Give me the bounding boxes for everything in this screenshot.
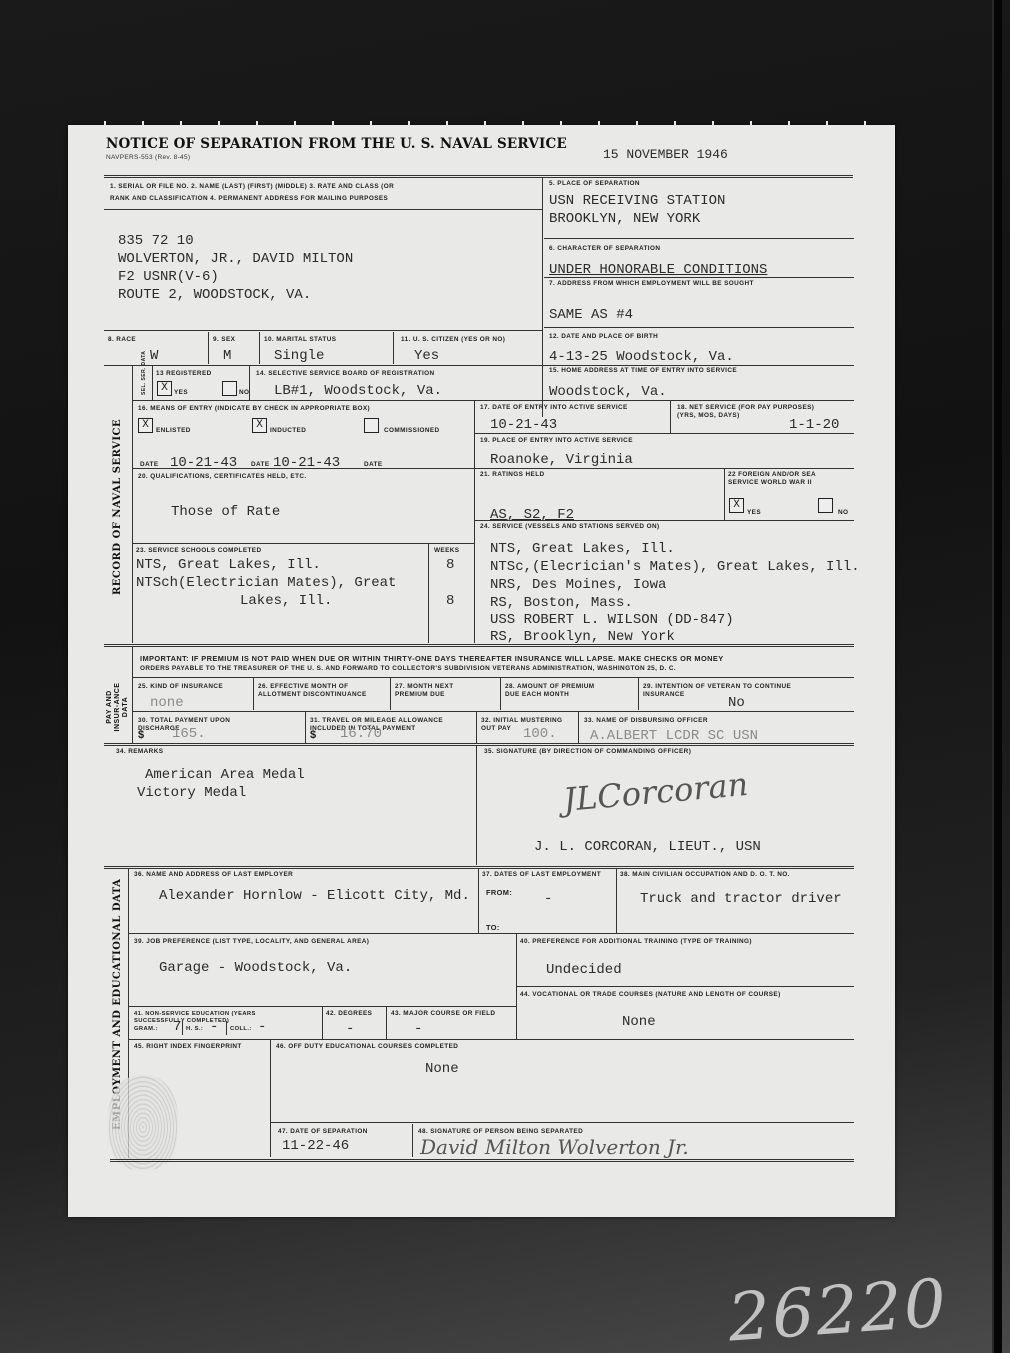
service-station-5: USS ROBERT L. WILSON (DD-847) (490, 611, 734, 629)
place-of-separation-line2: BROOKLYN, NEW YORK (549, 210, 700, 228)
divider (476, 711, 477, 743)
marital-status-value: Single (274, 347, 324, 365)
selective-data-label: SEL. SER. DATA (140, 351, 148, 395)
ratings-held: AS, S2, F2 (490, 506, 574, 524)
divider (226, 1021, 227, 1035)
field-19-label: 19. PLACE OF ENTRY INTO ACTIVE SERVICE (480, 437, 633, 445)
fields-1-4-label-b: RANK AND CLASSIFICATION 4. PERMANENT ADD… (110, 195, 388, 203)
home-address-at-entry: Woodstock, Va. (549, 383, 667, 401)
divider (724, 468, 725, 520)
service-school-2: NTSch(Electrician Mates), Great (136, 574, 396, 592)
kind-of-insurance: none (150, 694, 184, 712)
race-value: W (150, 347, 158, 365)
last-employer: Alexander Hornlow - Elicott City, Md. (159, 887, 470, 905)
divider (578, 711, 579, 743)
field-18-label-a: 18. NET SERVICE (FOR PAY PURPOSES) (677, 404, 814, 412)
place-of-separation-line1: USN RECEIVING STATION (549, 192, 725, 210)
remark-1: American Area Medal (145, 766, 305, 784)
field-27-label-a: 27. MONTH NEXT (395, 683, 454, 691)
inducted-label: INDUCTED (270, 427, 306, 435)
inducted-date: 10-21-43 (273, 454, 340, 472)
field-43-label: 43. MAJOR COURSE OR FIELD (391, 1010, 495, 1018)
important-notice-line1: IMPORTANT: IF PREMIUM IS NOT PAID WHEN D… (140, 655, 724, 663)
employment-address: SAME AS #4 (549, 306, 633, 324)
divider (500, 677, 501, 710)
field-30-label-a: 30. TOTAL PAYMENT UPON (138, 717, 230, 725)
employment-to-label: TO: (486, 924, 500, 932)
field-26-label-a: 26. EFFECTIVE MONTH OF (258, 683, 348, 691)
field-27-label-b: PREMIUM DUE (395, 691, 445, 699)
total-payment: 165. (172, 725, 206, 743)
field-33-label: 33. NAME OF DISBURSING OFFICER (584, 717, 708, 725)
film-edge-strip (992, 0, 1002, 1353)
field-18-label-b: (YRS, MOS, DAYS) (677, 412, 740, 420)
field-40-label: 40. PREFERENCE FOR ADDITIONAL TRAINING (… (520, 938, 752, 946)
travel-allowance-currency: $ (310, 729, 316, 741)
service-station-4: RS, Boston, Mass. (490, 594, 633, 612)
divider (516, 986, 854, 987)
field-32-label-b: OUT PAY (481, 725, 511, 733)
field-8-label: 8. RACE (108, 336, 136, 344)
divider (152, 366, 153, 400)
divider (544, 277, 854, 278)
registered-no-label: NO (239, 389, 249, 397)
enlisted-label: ENLISTED (156, 427, 191, 435)
field-28-label-a: 28. AMOUNT OF PREMIUM (505, 683, 594, 691)
field-38-label: 38. MAIN CIVILIAN OCCUPATION AND D. O. T… (620, 871, 790, 879)
sex-value: M (223, 347, 231, 365)
field-32-label-a: 32. INITIAL MUSTERING (481, 717, 562, 725)
degrees: - (346, 1020, 354, 1038)
education-hs: - (210, 1018, 218, 1036)
registered-no-checkbox[interactable] (222, 381, 237, 396)
job-preference: Garage - Woodstock, Va. (159, 959, 352, 977)
section-divider (104, 866, 854, 869)
divider (616, 868, 617, 933)
main-civilian-occupation: Truck and tractor driver (640, 890, 842, 908)
net-service: 1-1-20 (789, 416, 839, 434)
date-entry-active-service: 10-21-43 (490, 416, 557, 434)
section-divider (110, 1159, 854, 1162)
field-44-label: 44. VOCATIONAL OR TRADE COURSES (NATURE … (520, 991, 781, 999)
divider (132, 400, 854, 401)
divider (542, 366, 543, 400)
divider (478, 868, 479, 933)
foreign-service-yes-label: YES (747, 509, 761, 517)
field-37-label: 37. DATES OF LAST EMPLOYMENT (482, 871, 601, 879)
separated-person-signature: David Milton Wolverton Jr. (420, 1135, 689, 1159)
field-25-label: 25. KIND OF INSURANCE (138, 683, 223, 691)
field-12-label: 12. DATE AND PLACE OF BIRTH (549, 333, 658, 341)
date-of-separation: 11-22-46 (282, 1137, 349, 1155)
divider (670, 400, 671, 433)
enlisted-date: 10-21-43 (170, 454, 237, 472)
education-coll: - (258, 1018, 266, 1036)
field-5-label: 5. PLACE OF SEPARATION (549, 180, 640, 188)
date-place-of-birth: 4-13-25 Woodstock, Va. (549, 348, 734, 366)
field-26-label-b: ALLOTMENT DISCONTINUANCE (258, 691, 367, 699)
selective-service-board: LB#1, Woodstock, Va. (274, 382, 442, 400)
separation-notice-form: NOTICE OF SEPARATION FROM THE U. S. NAVA… (68, 125, 895, 1217)
field-36-label: 36. NAME AND ADDRESS OF LAST EMPLOYER (134, 871, 293, 879)
archive-number-stamp: 26220 (726, 1264, 951, 1353)
coll-label: COLL.: (230, 1025, 252, 1033)
divider (132, 677, 854, 678)
commanding-officer-signature: JLCorcoran (562, 765, 750, 819)
enlisted-checkbox[interactable]: X (138, 418, 153, 433)
intention-continue-insurance: No (728, 694, 745, 712)
foreign-service-no-label: NO (838, 509, 848, 517)
major-course: - (414, 1020, 422, 1038)
divider (128, 1039, 854, 1040)
service-member-name: WOLVERTON, JR., DAVID MILTON (118, 250, 353, 268)
permanent-address: ROUTE 2, WOODSTOCK, VA. (118, 286, 311, 304)
field-9-label: 9. SEX (213, 336, 235, 344)
form-title: NOTICE OF SEPARATION FROM THE U. S. NAVA… (106, 136, 567, 152)
field-6-label: 6. CHARACTER OF SEPARATION (549, 245, 660, 253)
important-notice-line2: ORDERS PAYABLE TO THE TREASURER OF THE U… (140, 665, 676, 673)
divider (253, 677, 254, 710)
divider (132, 468, 854, 469)
employment-from: - (544, 890, 552, 908)
registered-yes-checkbox[interactable]: X (157, 381, 172, 396)
field-23-label: 23. SERVICE SCHOOLS COMPLETED (136, 547, 261, 555)
section-divider (104, 743, 854, 746)
field-39-label: 39. JOB PREFERENCE (LIST TYPE, LOCALITY,… (134, 938, 369, 946)
total-payment-currency: $ (138, 729, 144, 741)
divider (412, 1124, 413, 1157)
field-15-label: 15. HOME ADDRESS AT TIME OF ENTRY INTO S… (549, 367, 737, 375)
place-entry-active-service: Roanoke, Virginia (490, 451, 633, 469)
divider (476, 745, 477, 865)
serial-number: 835 72 10 (118, 232, 194, 250)
field-22-label-b: SERVICE WORLD WAR II (728, 479, 812, 487)
field-34-label: 34. REMARKS (116, 748, 163, 756)
divider (390, 677, 391, 710)
foreign-service-no-checkbox[interactable] (818, 498, 833, 513)
field-31-label-a: 31. TRAVEL OR MILEAGE ALLOWANCE (310, 717, 443, 725)
right-index-fingerprint (108, 1075, 178, 1170)
divider (544, 327, 854, 328)
field-10-label: 10. MARITAL STATUS (264, 336, 336, 344)
paper-top-perforation (68, 121, 895, 125)
field-13-label: 13 REGISTERED (156, 370, 212, 378)
divider (305, 711, 306, 743)
divider (393, 332, 394, 364)
commissioned-checkbox[interactable] (364, 418, 379, 433)
field-28-label-b: DUE EACH MONTH (505, 691, 569, 699)
section-divider (104, 644, 854, 647)
service-school-1: NTS, Great Lakes, Ill. (136, 556, 321, 574)
divider (638, 677, 639, 710)
divider (132, 543, 474, 544)
form-date: 15 NOVEMBER 1946 (603, 146, 728, 164)
registered-yes-label: YES (174, 389, 188, 397)
header-divider (104, 175, 853, 178)
divider (132, 647, 133, 743)
off-duty-courses: None (425, 1060, 459, 1078)
section-label-pay-and-insurance: PAY AND INSUR-ANCE DATA (106, 677, 130, 737)
field-14-label: 14. SELECTIVE SERVICE BOARD OF REGISTRAT… (256, 370, 435, 378)
foreign-service-yes-checkbox[interactable]: X (729, 498, 744, 513)
divider (544, 238, 854, 239)
weeks-label: WEEKS (434, 547, 459, 555)
service-station-2: NTSc,(Elecrician's Mates), Great Lakes, … (490, 558, 860, 576)
fields-1-4-label-a: 1. SERIAL OR FILE NO. 2. NAME (LAST) (FI… (110, 183, 394, 191)
employment-from-label: FROM: (486, 889, 512, 897)
field-46-label: 46. OFF DUTY EDUCATIONAL COURSES COMPLET… (276, 1043, 458, 1051)
field-42-label: 42. DEGREES (326, 1010, 372, 1018)
divider (428, 543, 429, 643)
divider (474, 520, 854, 521)
service-station-1: NTS, Great Lakes, Ill. (490, 540, 675, 558)
inducted-checkbox[interactable]: X (252, 418, 267, 433)
divider (104, 209, 542, 210)
field-35-label: 35. SIGNATURE (BY DIRECTION OF COMMANDIN… (484, 748, 691, 756)
field-22-label-a: 22 FOREIGN AND/OR SEA (728, 471, 816, 479)
field-24-label: 24. SERVICE (VESSELS AND STATIONS SERVED… (480, 523, 660, 531)
field-17-label: 17. DATE OF ENTRY INTO ACTIVE SERVICE (480, 404, 628, 412)
commanding-officer-name: J. L. CORCORAN, LIEUT., USN (534, 838, 761, 856)
divider (270, 1039, 271, 1157)
section-label-record-of-naval-service: RECORD OF NAVAL SERVICE (112, 419, 123, 595)
field-11-label: 11. U. S. CITIZEN (YES OR NO) (401, 336, 505, 344)
qualifications: Those of Rate (171, 503, 280, 521)
remark-2: Victory Medal (137, 784, 246, 802)
us-citizen-value: Yes (414, 347, 439, 365)
divider (132, 365, 133, 643)
divider (386, 1006, 387, 1039)
commissioned-label: COMMISSIONED (384, 427, 440, 435)
service-station-3: NRS, Des Moines, Iowa (490, 576, 666, 594)
divider (182, 1021, 183, 1035)
divider (128, 933, 854, 934)
divider (249, 366, 250, 400)
service-school-2-weeks: 8 (446, 592, 454, 610)
divider (474, 400, 475, 643)
form-number: NAVPERS-553 (Rev. 8-45) (106, 154, 190, 161)
education-gram: 7 (173, 1018, 181, 1036)
service-school-1-weeks: 8 (446, 556, 454, 574)
divider (474, 433, 854, 434)
divider (208, 332, 209, 364)
divider (270, 1122, 854, 1123)
divider (104, 330, 542, 331)
field-21-label: 21. RATINGS HELD (480, 471, 545, 479)
field-47-label: 47. DATE OF SEPARATION (278, 1128, 368, 1136)
hs-label: H. S.: (186, 1025, 203, 1033)
divider (104, 365, 854, 366)
divider (259, 332, 260, 364)
field-7-label: 7. ADDRESS FROM WHICH EMPLOYMENT WILL BE… (549, 280, 754, 288)
additional-training-preference: Undecided (546, 961, 622, 979)
field-20-label: 20. QUALIFICATIONS, CERTIFICATES HELD, E… (138, 473, 307, 481)
divider (132, 711, 854, 712)
rate-and-class: F2 USNR(V-6) (118, 268, 219, 286)
mustering-out-pay: 100. (523, 725, 557, 743)
field-45-label: 45. RIGHT INDEX FINGERPRINT (134, 1043, 242, 1051)
vocational-courses: None (622, 1013, 656, 1031)
service-school-2-line2: Lakes, Ill. (240, 592, 332, 610)
travel-allowance: 16.70 (340, 725, 382, 743)
field-29-label-b: INSURANCE (643, 691, 685, 699)
divider (322, 1006, 323, 1039)
field-16-label: 16. MEANS OF ENTRY (INDICATE BY CHECK IN… (138, 405, 370, 413)
gram-label: GRAM.: (134, 1025, 158, 1033)
field-29-label-a: 29. INTENTION OF VETERAN TO CONTINUE (643, 683, 791, 691)
